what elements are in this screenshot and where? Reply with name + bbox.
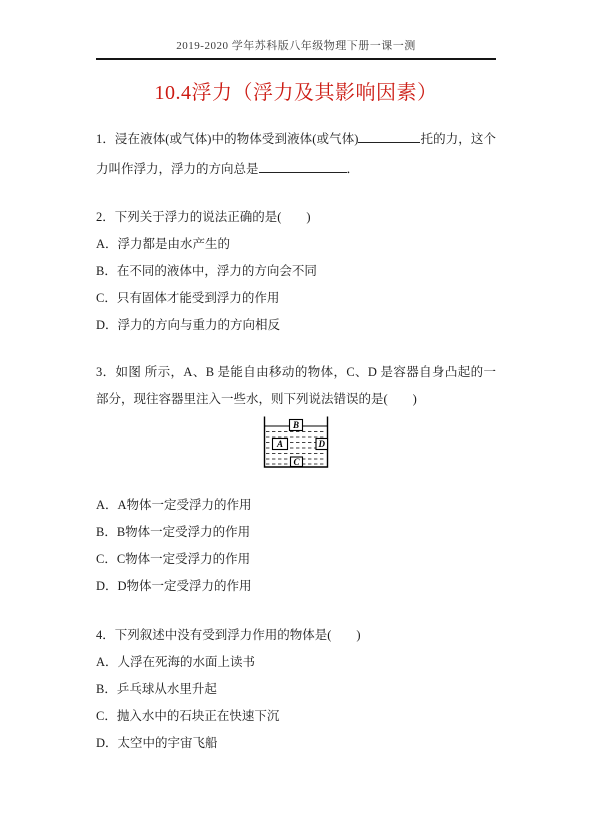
q1-blank-underline-2 <box>259 159 347 173</box>
question-3: 3．如图 所示，A、B 是能自由移动的物体，C、D 是容器自身凸起的一部分，现往… <box>96 359 496 600</box>
figure-label-a: A <box>276 439 283 449</box>
q3-option-a: A．A物体一定受浮力的作用 <box>96 492 496 519</box>
document-page: 2019-2020 学年苏科版八年级物理下册一课一测 10.4浮力（浮力及其影响… <box>0 0 592 832</box>
document-header: 2019-2020 学年苏科版八年级物理下册一课一测 <box>96 0 496 60</box>
q3-figure: B A D C <box>96 416 496 469</box>
figure-label-d: D <box>318 439 326 449</box>
q2-option-b: B．在不同的液体中，浮力的方向会不同 <box>96 258 496 285</box>
q2-stem: 2．下列关于浮力的说法正确的是( ) <box>96 204 496 231</box>
figure-label-b: B <box>292 420 299 430</box>
question-2: 2．下列关于浮力的说法正确的是( ) A．浮力都是由水产生的 B．在不同的液体中… <box>96 204 496 339</box>
q1-blank-underline-1 <box>358 129 420 143</box>
q4-stem: 4．下列叙述中没有受到浮力作用的物体是( ) <box>96 622 496 649</box>
q3-option-d: D．D物体一定受浮力的作用 <box>96 573 496 600</box>
q2-option-d: D．浮力的方向与重力的方向相反 <box>96 312 496 339</box>
q4-option-b: B．乒乓球从水里升起 <box>96 676 496 703</box>
question-4: 4．下列叙述中没有受到浮力作用的物体是( ) A．人浮在死海的水面上读书 B．乒… <box>96 622 496 757</box>
q1-text-end: ． <box>347 162 360 176</box>
figure-label-c: C <box>293 457 300 467</box>
q1-text-start: 1．浸在液体(或气体)中的物体受到液体(或气体) <box>96 132 358 146</box>
q4-option-d: D．太空中的宇宙飞船 <box>96 730 496 757</box>
q3-option-c: C．C物体一定受浮力的作用 <box>96 546 496 573</box>
q2-option-a: A．浮力都是由水产生的 <box>96 231 496 258</box>
q2-option-c: C．只有固体才能受到浮力的作用 <box>96 285 496 312</box>
q4-option-c: C．抛入水中的石块正在快速下沉 <box>96 703 496 730</box>
q3-option-b: B．B物体一定受浮力的作用 <box>96 519 496 546</box>
header-title: 2019-2020 学年苏科版八年级物理下册一课一测 <box>96 37 496 53</box>
page-title: 10.4浮力（浮力及其影响因素） <box>0 76 592 105</box>
q3-options: A．A物体一定受浮力的作用 B．B物体一定受浮力的作用 C．C物体一定受浮力的作… <box>96 492 496 600</box>
document-body: 1．浸在液体(或气体)中的物体受到液体(或气体)托的力，这个力叫作浮力，浮力的方… <box>96 124 496 757</box>
container-water-diagram: B A D C <box>263 416 329 469</box>
question-1: 1．浸在液体(或气体)中的物体受到液体(或气体)托的力，这个力叫作浮力，浮力的方… <box>96 124 496 184</box>
q4-option-a: A．人浮在死海的水面上读书 <box>96 649 496 676</box>
q3-stem: 3．如图 所示，A、B 是能自由移动的物体，C、D 是容器自身凸起的一部分，现往… <box>96 359 496 413</box>
